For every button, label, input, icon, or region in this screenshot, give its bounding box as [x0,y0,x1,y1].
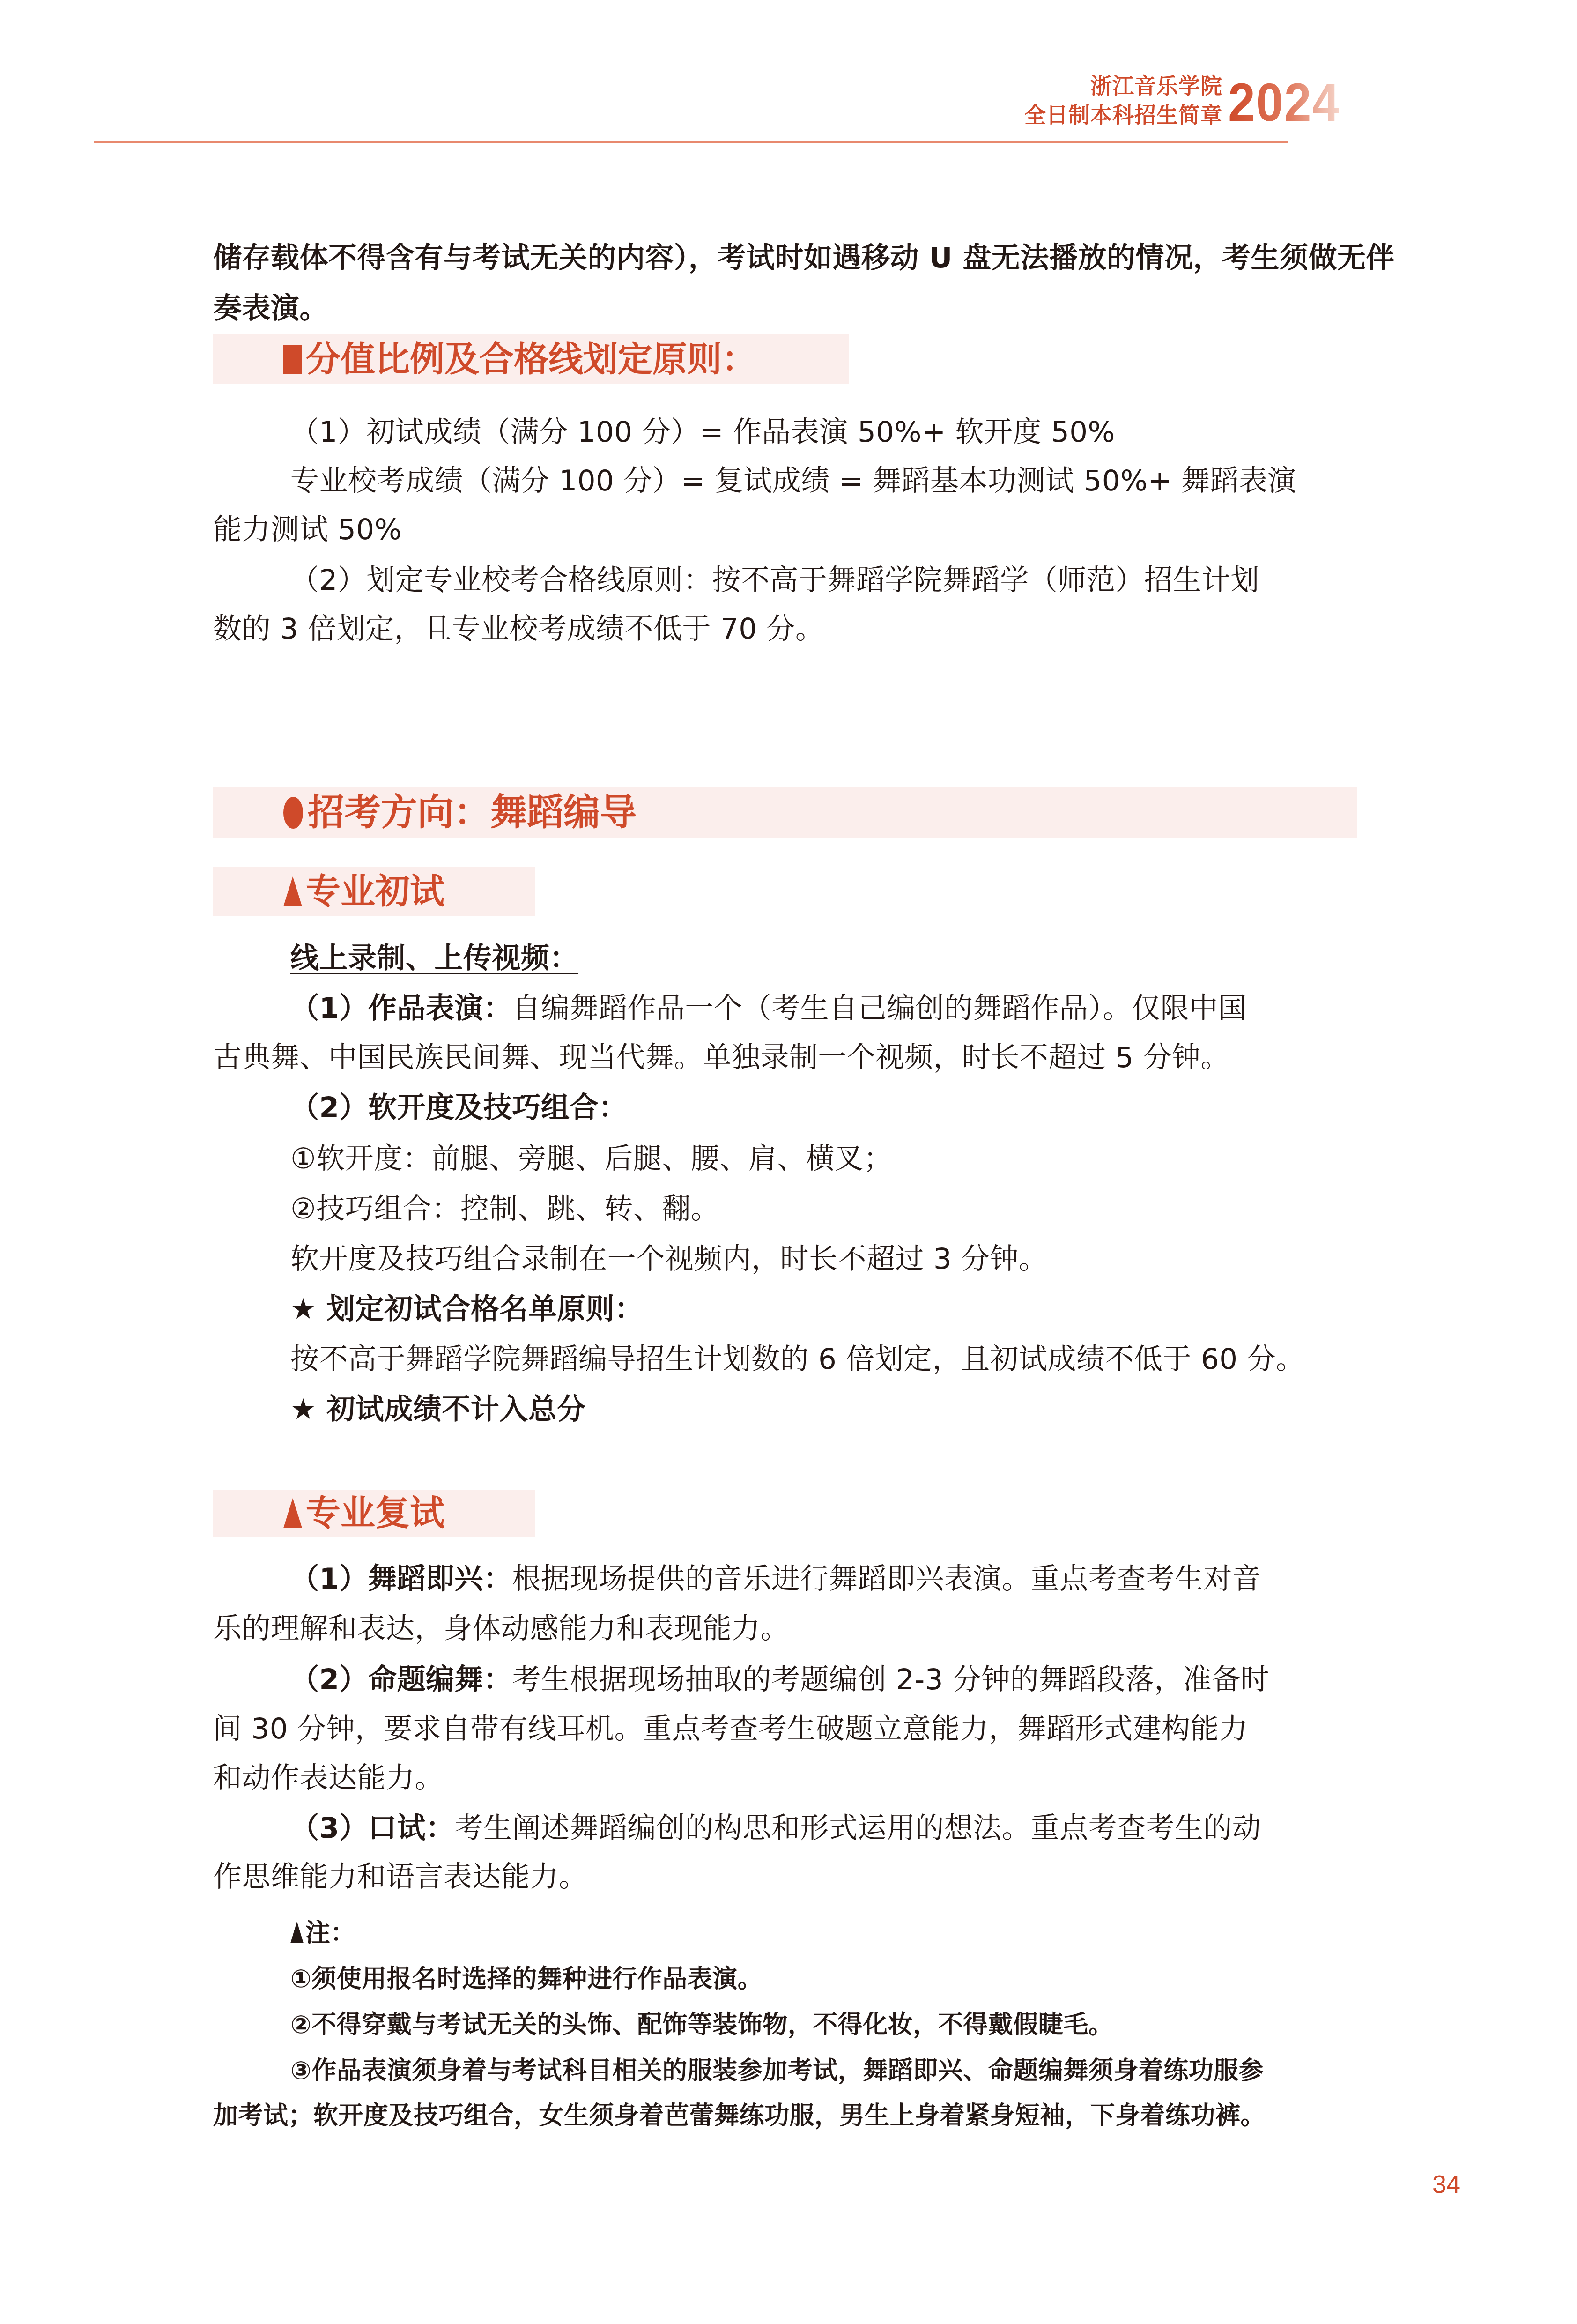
retest-item-2-text: 考生根据现场抽取的考题编创 2-3 分钟的舞蹈段落，准备时 [512,1663,1269,1696]
retest-item-1-cont: 乐的理解和表达，身体动感能力和表现能力。 [213,1614,789,1643]
header-divider [94,141,1288,143]
retest-item-2: （2）命题编舞：考生根据现场抽取的考题编创 2-3 分钟的舞蹈段落，准备时 [290,1665,1269,1694]
notes-title-text: 注： [305,1919,355,1947]
triangle-bullet-icon [283,1498,302,1528]
circle-bullet-icon [283,797,303,829]
retest-item-1-label: （1）舞蹈即兴： [290,1562,512,1596]
square-bullet-icon [283,345,302,374]
prelim-item-1-text: 自编舞蹈作品一个（考生自己编创的舞蹈作品）。仅限中国 [512,992,1247,1025]
retest-item-1-text: 根据现场提供的音乐进行舞蹈即兴表演。重点考查考生对音 [512,1562,1261,1596]
prelim-item-1-cont: 古典舞、中国民族民间舞、现当代舞。单独录制一个视频，时长不超过 5 分钟。 [213,1043,1229,1072]
note-3-cont: 加考试；软开度及技巧组合，女生须身着芭蕾舞练功服，男生上身着紧身短袖，下身着练功… [213,2103,1266,2128]
scoring-heading: 分值比例及合格线划定原则： [283,342,756,377]
retest-item-2-cont-2: 和动作表达能力。 [213,1764,444,1792]
skills-list: ②技巧组合：控制、跳、转、翻。 [290,1195,719,1223]
flexibility-list: ①软开度：前腿、旁腿、后腿、腰、肩、横叉； [290,1144,892,1173]
retest-heading-text: 专业复试 [306,1496,444,1530]
online-upload-label: 线上录制、上传视频： [290,944,578,973]
note-1: ①须使用报名时选择的舞种进行作品表演。 [290,1967,763,1991]
year-badge: 2024 [1228,76,1340,129]
retest-item-3: （3）口试：考生阐述舞蹈编创的构思和形式运用的想法。重点考查考生的动 [290,1814,1261,1842]
scoring-line-4: （2）划定专业校考合格线原则：按不高于舞蹈学院舞蹈学（师范）招生计划 [290,566,1259,594]
notes-title: 注： [290,1921,355,1945]
page-number: 34 [1432,2170,1460,2199]
note-2: ②不得穿戴与考试无关的头饰、配饰等装饰物，不得化妆，不得戴假睫毛。 [290,2012,1113,2037]
scoring-heading-text: 分值比例及合格线划定原则： [306,342,756,377]
direction-heading-text: 招考方向：舞蹈编导 [308,794,637,831]
retest-item-1: （1）舞蹈即兴：根据现场提供的音乐进行舞蹈即兴表演。重点考查考生对音 [290,1565,1261,1593]
intro-line-1: 储存载体不得含有与考试无关的内容），考试时如遇移动 U 盘无法播放的情况，考生须… [213,244,1395,272]
scoring-line-5: 数的 3 倍划定，且专业校考成绩不低于 70 分。 [213,615,824,643]
triangle-bullet-icon [290,1922,304,1943]
pass-rule-title: ★划定初试合格名单原则： [290,1295,644,1323]
preliminary-heading-text: 专业初试 [306,874,444,909]
prelim-item-1: （1）作品表演：自编舞蹈作品一个（考生自己编创的舞蹈作品）。仅限中国 [290,994,1247,1023]
pass-rule-text: 按不高于舞蹈学院舞蹈编导招生计划数的 6 倍划定，且初试成绩不低于 60 分。 [290,1345,1305,1374]
prelim-item-2-label: （2）软开度及技巧组合： [290,1093,627,1122]
retest-item-2-cont-1: 间 30 分钟，要求自带有线耳机。重点考查考生破题立意能力，舞蹈形式建构能力 [213,1715,1248,1743]
not-counted-note: ★初试成绩不计入总分 [290,1395,586,1424]
preliminary-heading: 专业初试 [283,874,444,909]
retest-item-3-text: 考生阐述舞蹈编创的构思和形式运用的想法。重点考查考生的动 [454,1812,1261,1845]
prelim-item-1-label: （1）作品表演： [290,992,512,1025]
triangle-bullet-icon [283,876,302,906]
direction-heading: 招考方向：舞蹈编导 [283,794,637,831]
scoring-line-1: （1）初试成绩（满分 100 分）= 作品表演 50%+ 软开度 50% [290,418,1115,446]
star-icon: ★ [290,1295,316,1323]
school-name: 浙江音乐学院 [1090,75,1222,97]
not-counted-text: 初试成绩不计入总分 [326,1393,586,1426]
intro-line-2: 奏表演。 [213,294,328,323]
recording-note: 软开度及技巧组合录制在一个视频内，时长不超过 3 分钟。 [290,1245,1048,1273]
brochure-title: 全日制本科招生简章 [1024,104,1222,126]
note-3: ③作品表演须身着与考试科目相关的服装参加考试，舞蹈即兴、命题编舞须身着练功服参 [290,2058,1264,2083]
scoring-line-3: 能力测试 50% [213,515,402,544]
retest-item-3-label: （3）口试： [290,1812,454,1845]
scoring-line-2: 专业校考成绩（满分 100 分）= 复试成绩 = 舞蹈基本功测试 50%+ 舞蹈… [290,467,1296,495]
retest-heading: 专业复试 [283,1496,444,1530]
pass-rule-title-text: 划定初试合格名单原则： [326,1292,644,1326]
retest-item-2-label: （2）命题编舞： [290,1663,512,1696]
retest-item-3-cont: 作思维能力和语言表达能力。 [213,1863,588,1891]
star-icon: ★ [290,1395,316,1424]
